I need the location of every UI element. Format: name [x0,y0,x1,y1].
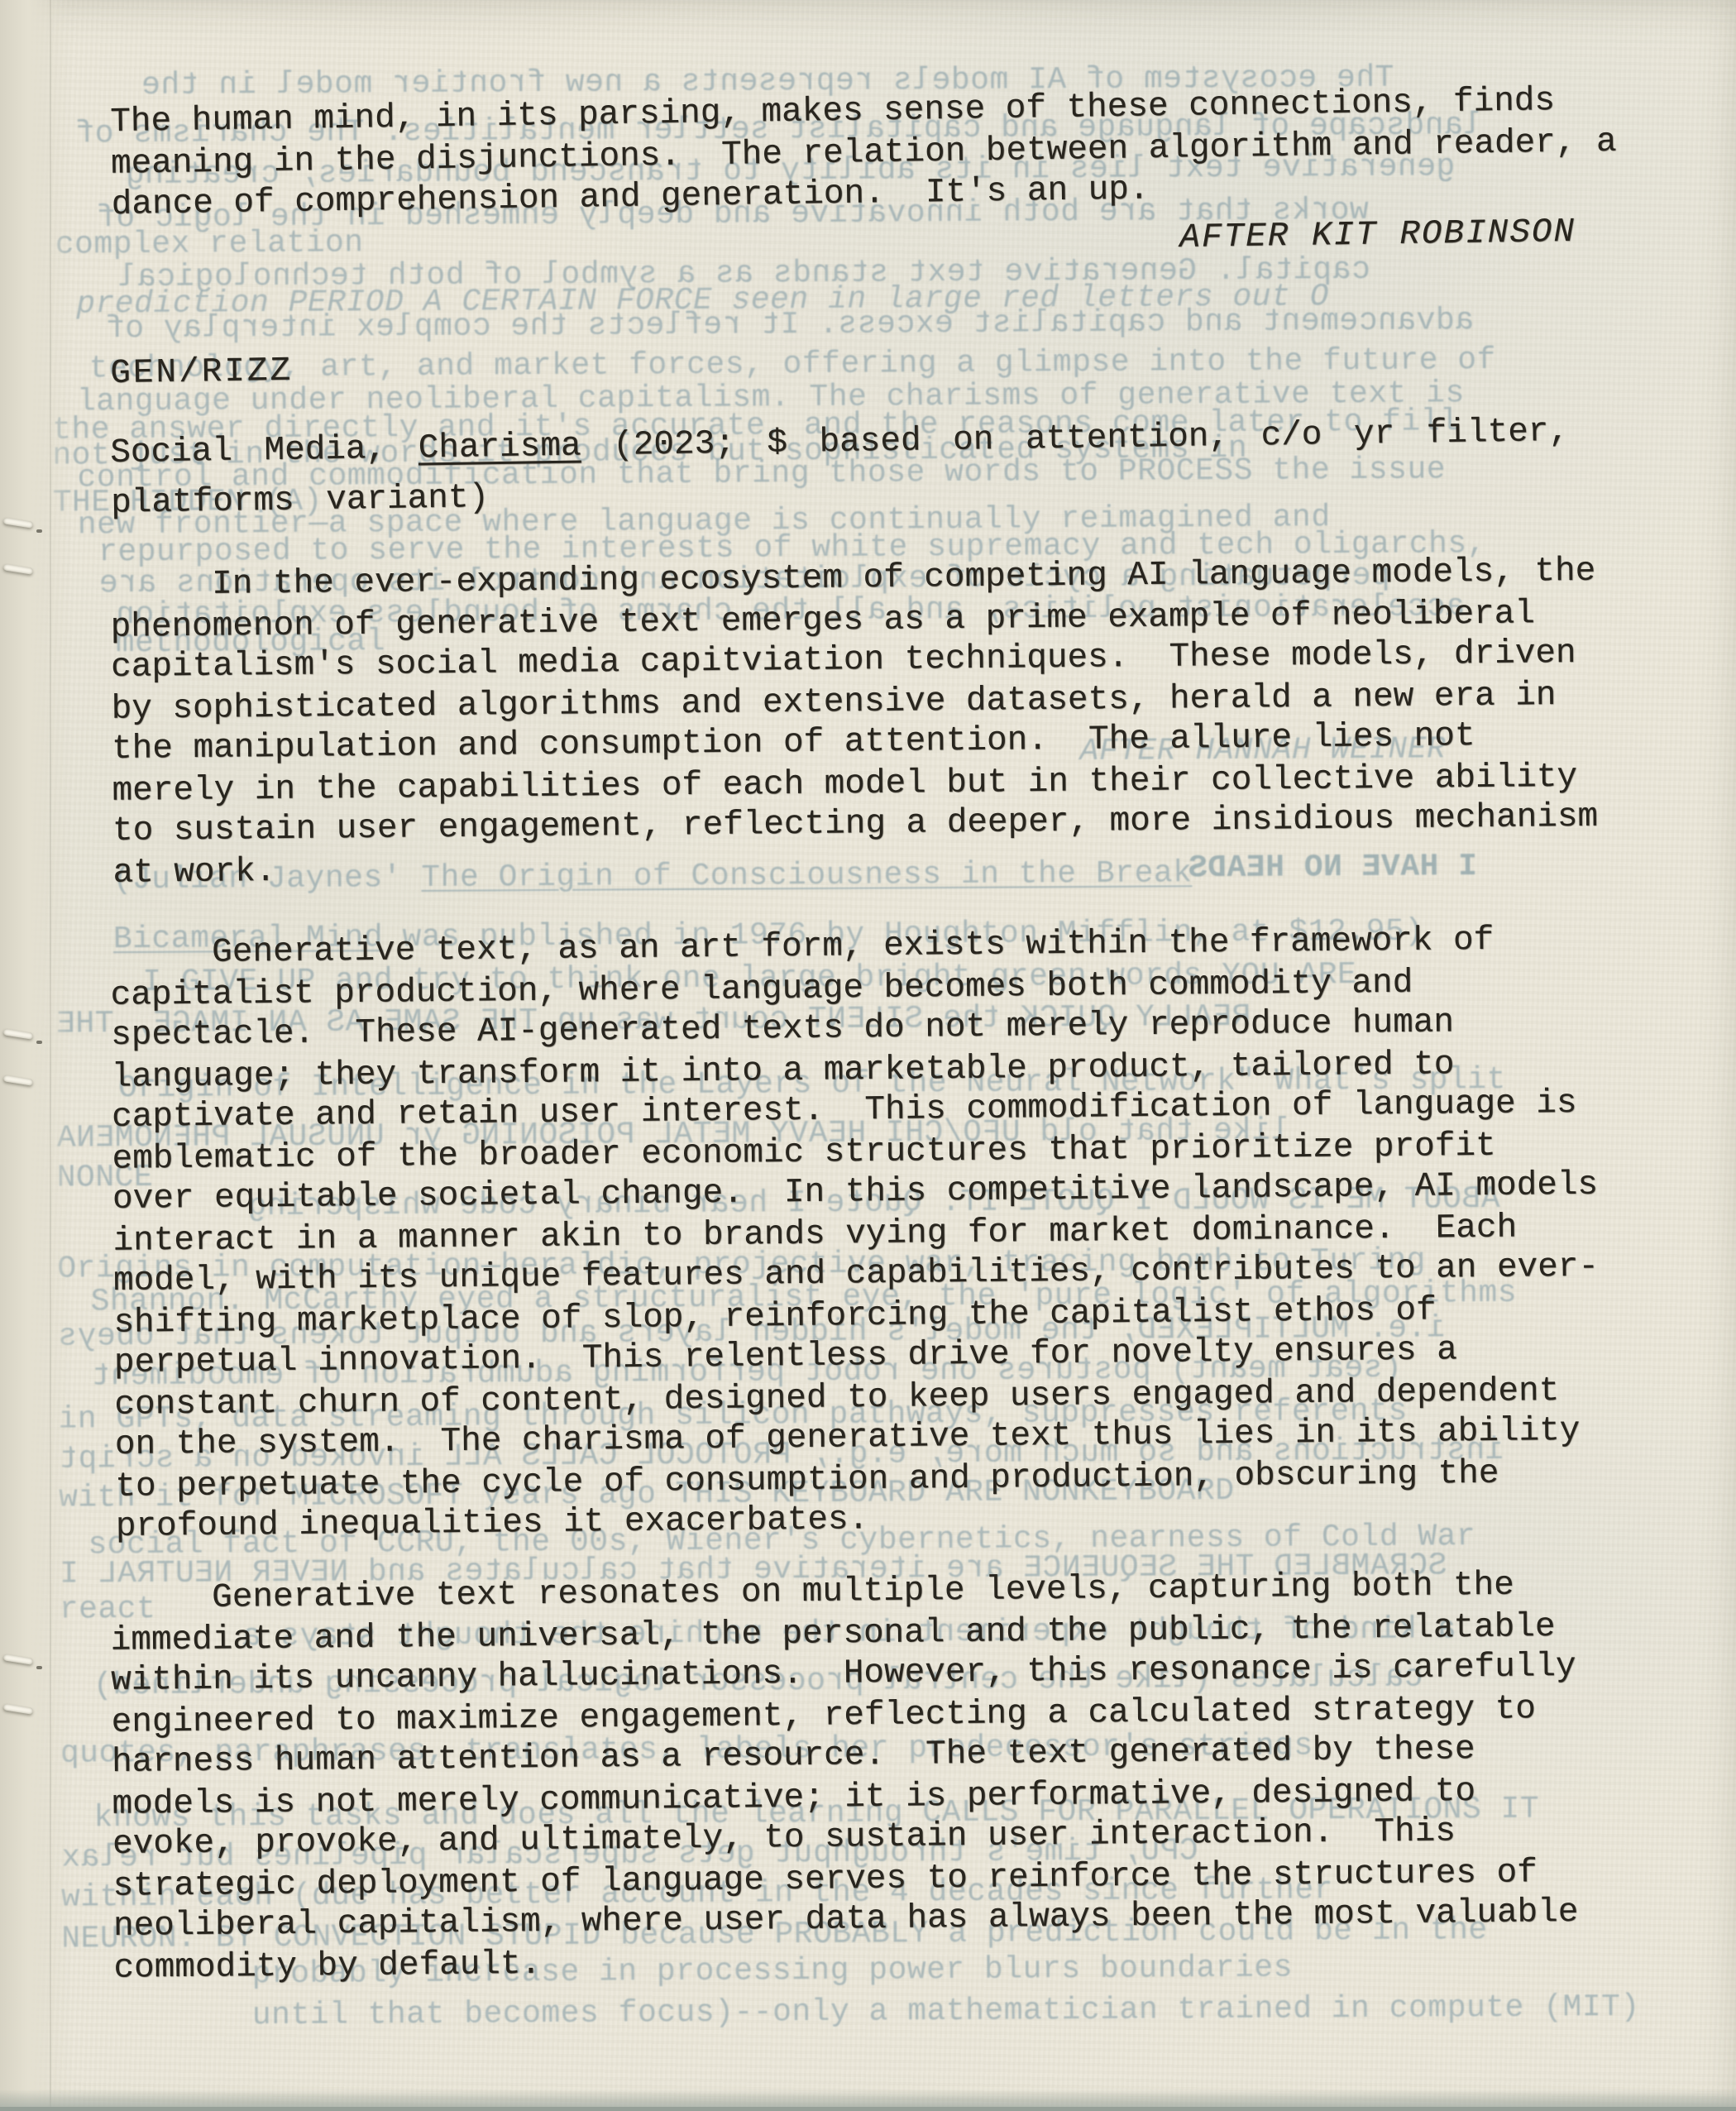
ghost-segment: prediction PERIOD A CERTAIN FORCE seen i… [76,279,1329,322]
stitch-hole [36,1041,42,1044]
ghost-segment: technology, art, and market forces, offe… [89,342,1496,386]
poem-title: GEN/RIZZ [110,355,293,391]
dedication-pre: Social Media, [110,429,418,472]
body-paragraph-3: Generative text resonates on multiple le… [110,1568,1579,1992]
dedication-underlined-word: Charisma [418,428,581,468]
body-paragraph-1: In the ever-expanding ecosystem of compe… [110,555,1599,897]
ghost-line: until that becomes focus)--only a mathem… [252,1992,1640,2032]
stitch-hole [36,529,42,533]
scanned-page: The ecosystem of AI models represents a … [0,0,1736,2111]
dedication: Social Media, Charisma (2023; $ based on… [110,415,1570,536]
intro-paragraph: The human mind, in its parsing, makes se… [110,84,1618,230]
attribution: AFTER KIT ROBINSON [1179,216,1576,256]
ghost-segment: complex relation [55,225,364,262]
body-paragraph-2: Generative text, as an art form, exists … [110,923,1601,1552]
ghost-line: capital. Generative text stands as a sym… [117,255,1370,294]
ghost-segment: until that becomes focus)--only a mathem… [252,1989,1640,2033]
ghost-line: complex relation [55,227,364,261]
attribution-text: AFTER KIT ROBINSON [1179,213,1576,257]
ghost-line: prediction PERIOD A CERTAIN FORCE seen i… [76,281,1329,320]
scan-bottom-edge [0,2089,1736,2111]
ghost-line: technology, art, and market forces, offe… [89,345,1496,385]
stitch-hole [36,1666,42,1669]
sewn-spine [0,0,71,2111]
ghost-line: advancement and capitalist excess. It re… [105,305,1474,345]
poem-title-text: GEN/RIZZ [110,352,294,393]
ghost-segment: advancement and capitalist excess. It re… [105,303,1474,347]
dedication-post: (2023; $ based on attention, c/o yr filt… [581,413,1569,466]
ghost-segment: capital. Generative text stands as a sym… [117,252,1370,295]
